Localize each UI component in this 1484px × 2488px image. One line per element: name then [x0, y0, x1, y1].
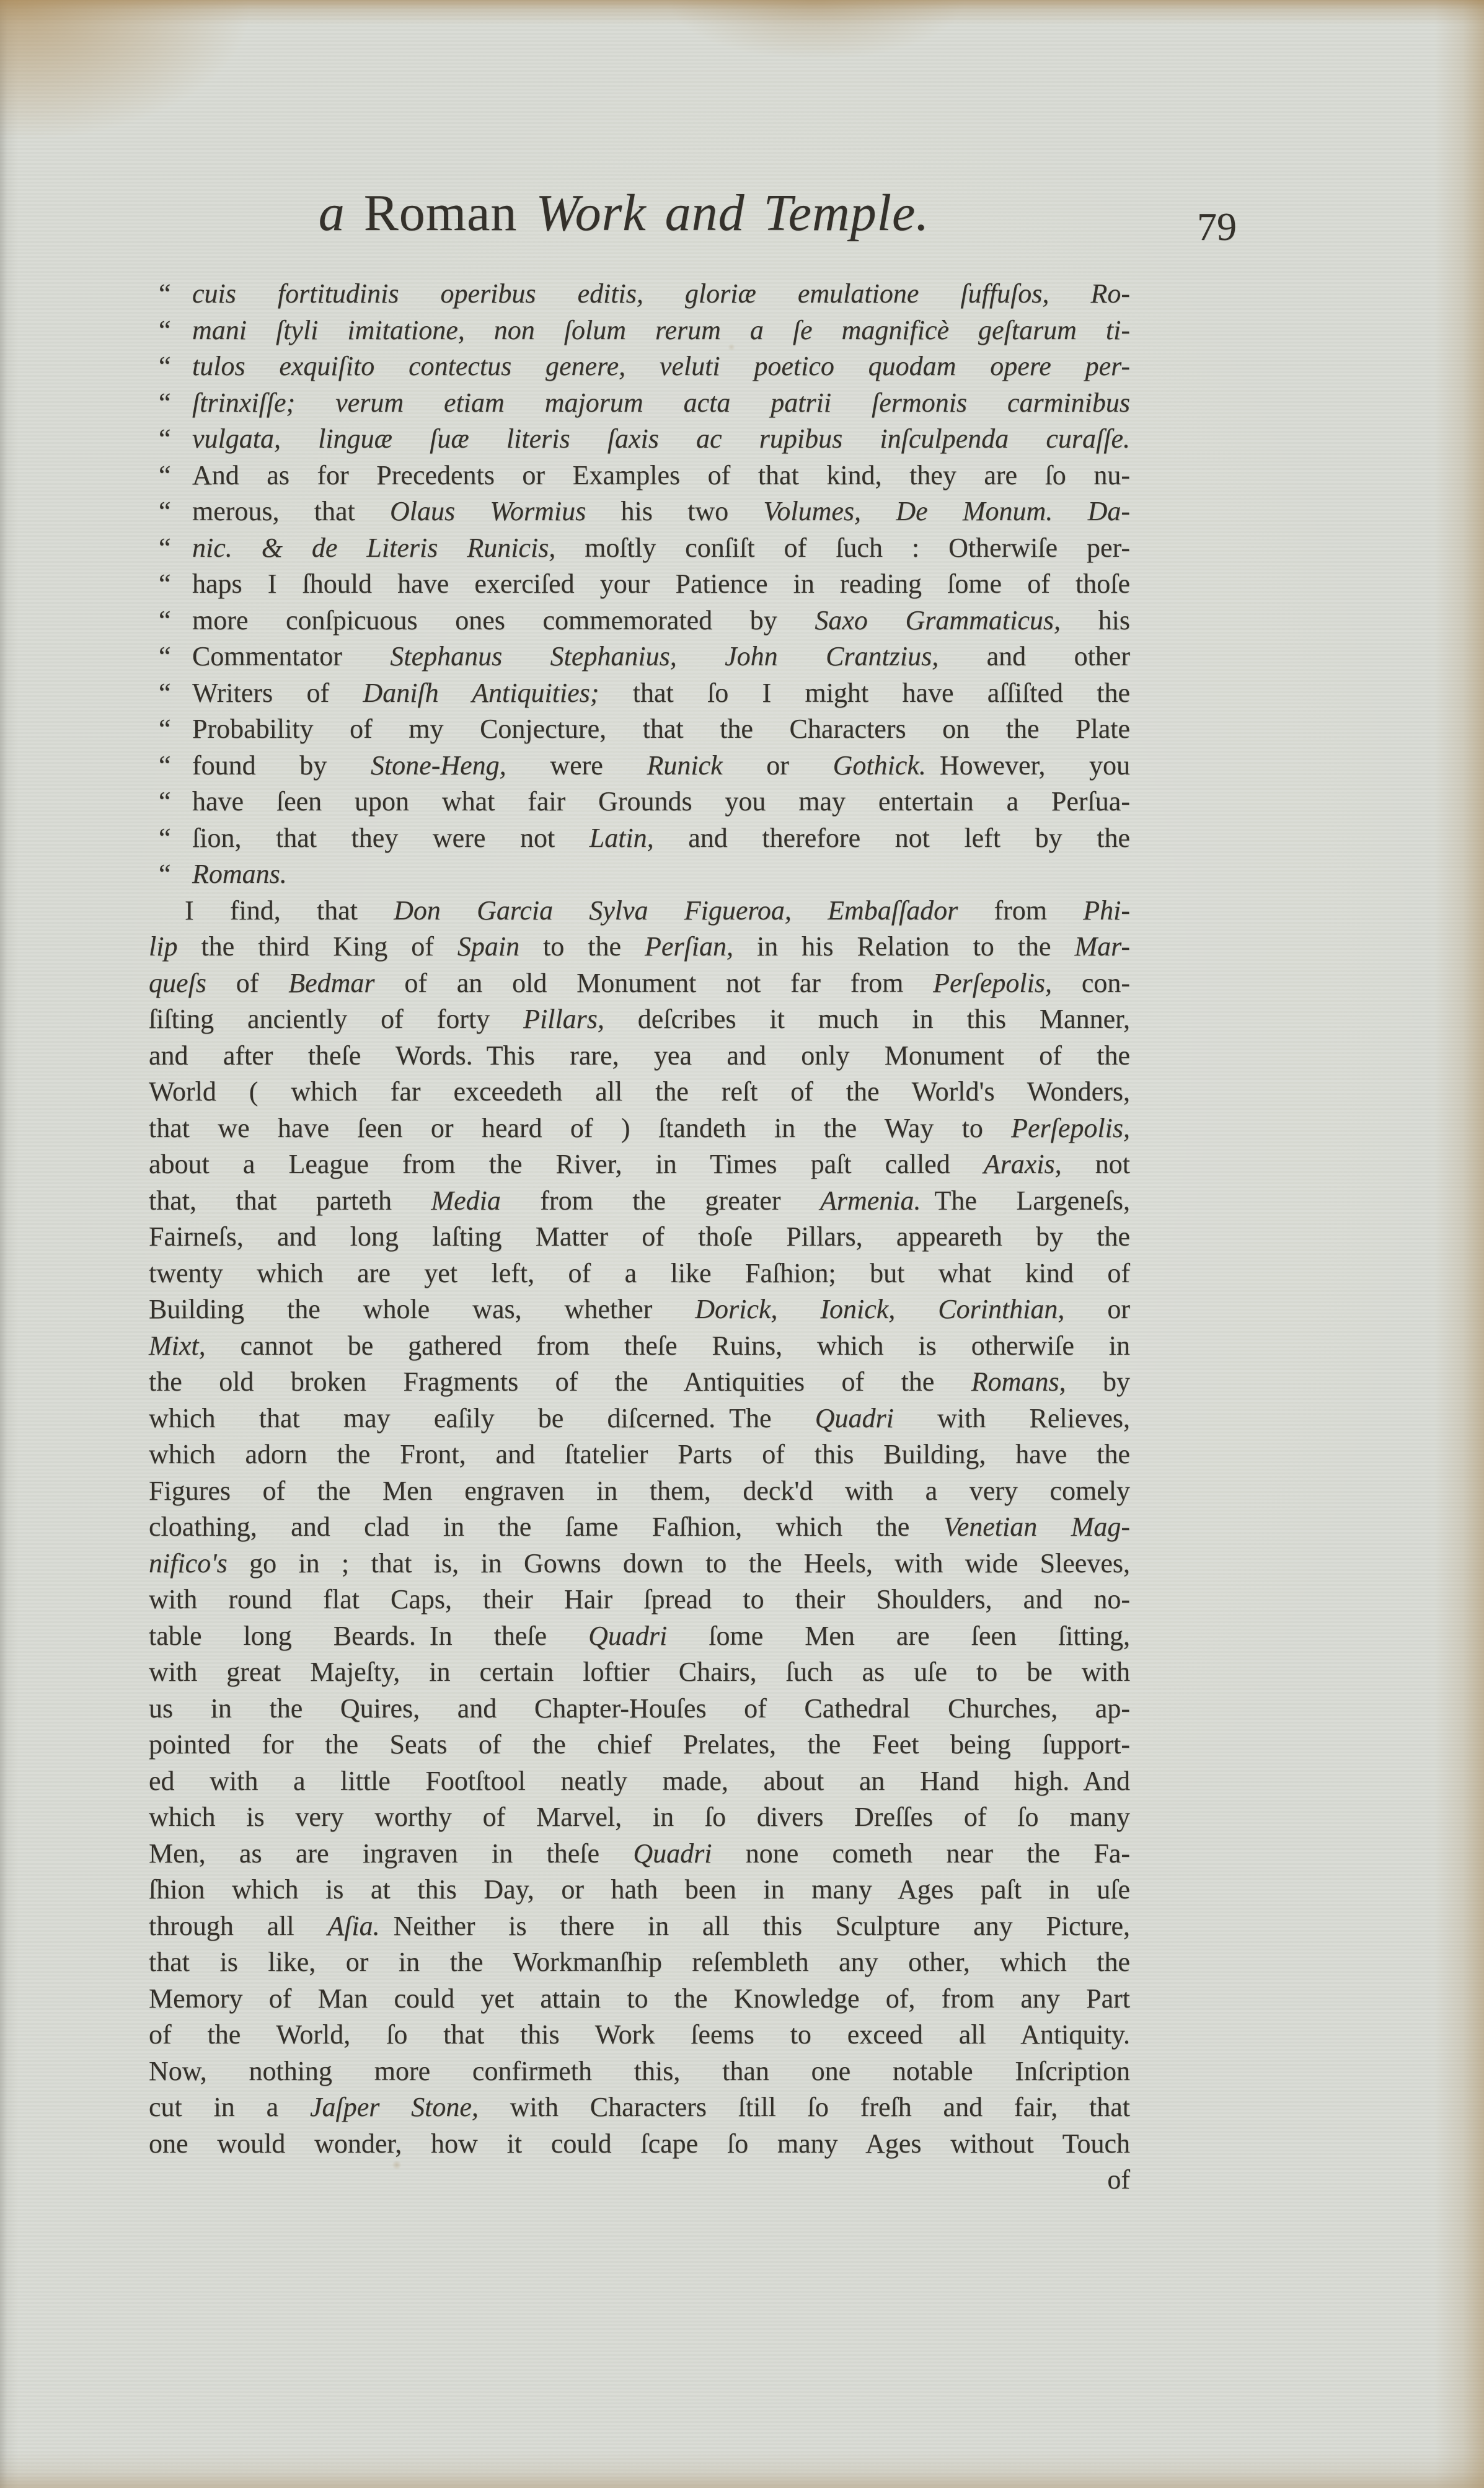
- italic-text-run: Latin,: [590, 823, 689, 853]
- roman-text-run: of an old Monument not far from: [404, 968, 933, 998]
- roman-text-run: Neither is there in all this Sculpture a…: [394, 1911, 1130, 1941]
- italic-text-run: Don Garcia Sylva Figueroa, Embaſſador: [394, 895, 994, 926]
- roman-text-run: table long Beards. In theſe: [149, 1621, 588, 1651]
- roman-text-run: Figures of the Men engraven in them, dec…: [149, 1476, 1130, 1506]
- quote-mark: “: [159, 458, 171, 494]
- roman-text-run: his two: [621, 496, 764, 526]
- text-line: “tulos exquiſito contectus genere, velut…: [149, 348, 1130, 385]
- roman-text-run: of: [236, 968, 288, 998]
- quote-mark: “: [159, 784, 171, 820]
- roman-text-run: one would wonder, how it could ſcape ſo …: [149, 2128, 1130, 2159]
- italic-text-run: Perſepolis,: [933, 968, 1082, 998]
- catchword: of: [149, 2162, 1130, 2198]
- text-line: one would wonder, how it could ſcape ſo …: [149, 2126, 1130, 2163]
- roman-text-run: Now, nothing more confirmeth this, than …: [149, 2056, 1130, 2086]
- quote-mark: “: [159, 675, 171, 712]
- quote-mark: “: [159, 639, 171, 675]
- text-line: with great Majeſty, in certain loftier C…: [149, 1654, 1130, 1691]
- quote-mark: “: [159, 711, 171, 748]
- text-line: ſhion which is at this Day, or hath been…: [149, 1872, 1130, 1908]
- italic-text-run: Quadri: [588, 1621, 709, 1651]
- text-line: twenty which are yet left, of a like Faſ…: [149, 1255, 1130, 1292]
- text-line: that we have ſeen or heard of ) ſtandeth…: [149, 1110, 1130, 1147]
- roman-text-run: World ( which far exceedeth all the reſt…: [149, 1076, 1130, 1107]
- italic-text-run: Quadri: [815, 1403, 937, 1433]
- roman-text-run: Building the whole was, whether: [149, 1294, 695, 1324]
- roman-text-run: cut in a: [149, 2092, 310, 2122]
- roman-text-run: which is very worthy of Marvel, in ſo di…: [149, 1802, 1130, 1832]
- italic-text-run: nic. & de Literis Runicis,: [192, 533, 585, 563]
- text-line: the old broken Fragments of the Antiquit…: [149, 1364, 1130, 1401]
- italic-text-run: Media: [431, 1185, 540, 1216]
- text-line: “ſtrinxiſſe; verum etiam majorum acta pa…: [149, 385, 1130, 422]
- roman-text-run: haps I ſhould have exerciſed your Patien…: [192, 569, 1130, 599]
- italic-text-run: Pillars,: [523, 1004, 638, 1034]
- text-line: through all Aſia. Neither is there in al…: [149, 1908, 1130, 1945]
- roman-text-run: which adorn the Front, and ſtatelier Par…: [149, 1439, 1130, 1469]
- italic-text-run: Romans.: [192, 859, 287, 889]
- text-block: “cuis fortitudinis operibus editis, glor…: [149, 276, 1130, 2162]
- roman-text-run: or: [766, 750, 833, 781]
- roman-text-run: ſhion which is at this Day, or hath been…: [149, 1874, 1130, 1905]
- text-line: Figures of the Men engraven in them, dec…: [149, 1473, 1130, 1510]
- italic-text-run: Jaſper Stone,: [310, 2092, 510, 2122]
- text-line: “cuis fortitudinis operibus editis, glor…: [149, 276, 1130, 312]
- italic-text-run: Phi-: [1083, 895, 1130, 926]
- text-line: about a League from the River, in Times …: [149, 1146, 1130, 1183]
- text-line: Memory of Man could yet attain to the Kn…: [149, 1981, 1130, 2017]
- quote-mark: “: [159, 820, 171, 857]
- italic-text-run: Perſepolis,: [1011, 1113, 1130, 1143]
- text-line: Fairneſs, and long laſting Matter of tho…: [149, 1219, 1130, 1255]
- roman-text-run: that we have ſeen or heard of ) ſtandeth…: [149, 1113, 1011, 1143]
- text-line: ed with a little Footſtool neatly made, …: [149, 1763, 1130, 1800]
- text-line: that is like, or in the Workmanſhip reſe…: [149, 1944, 1130, 1981]
- roman-text-run: Memory of Man could yet attain to the Kn…: [149, 1983, 1130, 2014]
- roman-text-run: to the: [543, 931, 645, 962]
- text-line: table long Beards. In theſe Quadri ſome …: [149, 1618, 1130, 1655]
- roman-text-run: moſtly conſiſt of ſuch : Otherwiſe per-: [585, 533, 1130, 563]
- roman-text-run: And as for Precedents or Examples of tha…: [192, 460, 1130, 490]
- roman-text-run: found by: [192, 750, 371, 781]
- roman-text-run: con-: [1082, 968, 1130, 998]
- quote-mark: “: [159, 348, 171, 385]
- roman-text-run: with great Majeſty, in certain loftier C…: [149, 1657, 1130, 1687]
- roman-text-run: Men, as are ingraven in theſe: [149, 1838, 633, 1869]
- roman-text-run: have ſeen upon what fair Grounds you may…: [192, 786, 1130, 817]
- text-line: “nic. & de Literis Runicis, moſtly conſi…: [149, 530, 1130, 567]
- quote-mark: “: [159, 603, 171, 639]
- roman-text-run: ſiſting anciently of forty: [149, 1004, 523, 1034]
- roman-text-run: and after theſe Words. This rare, yea an…: [149, 1040, 1130, 1071]
- roman-text-run: go in ; that is, in Gowns down to the He…: [249, 1548, 1130, 1578]
- italic-text-run: ſtrinxiſſe; verum etiam majorum acta pat…: [192, 387, 1130, 418]
- italic-text-run: Runick: [647, 750, 766, 781]
- italic-text-run: Armenia.: [820, 1185, 935, 1216]
- italic-text-run: mani ſtyli imitatione, non ſolum rerum a…: [192, 315, 1130, 345]
- roman-text-run: with Relieves,: [937, 1403, 1130, 1433]
- italic-text-run: Daniſh Antiquities;: [363, 678, 632, 708]
- roman-text-run: pointed for the Seats of the chief Prela…: [149, 1729, 1130, 1760]
- quote-mark: “: [159, 530, 171, 567]
- italic-text-run: nifico's: [149, 1548, 249, 1578]
- roman-text-run: with Characters ſtill ſo freſh and fair,…: [510, 2092, 1130, 2122]
- roman-text-run: Roman: [364, 184, 536, 242]
- roman-text-run: through all: [149, 1911, 327, 1941]
- text-line: “found by Stone-Heng, were Runick or Got…: [149, 748, 1130, 784]
- text-line: nifico's go in ; that is, in Gowns down …: [149, 1546, 1130, 1582]
- quote-mark: “: [159, 748, 171, 784]
- italic-text-run: Saxo Grammaticus,: [815, 605, 1098, 635]
- text-line: us in the Quires, and Chapter-Houſes of …: [149, 1691, 1130, 1727]
- italic-text-run: Araxis,: [984, 1149, 1095, 1179]
- roman-text-run: that ſo I might have aſſiſted the: [633, 678, 1130, 708]
- italic-text-run: Stephanus Stephanius, John Crantzius,: [390, 641, 986, 671]
- roman-text-run: of the World, ſo that this Work ſeems to…: [149, 2019, 1130, 2050]
- roman-text-run: Fairneſs, and long laſting Matter of tho…: [149, 1221, 1130, 1252]
- roman-text-run: ed with a little Footſtool neatly made, …: [149, 1766, 1130, 1796]
- text-line: “Romans.: [149, 856, 1130, 893]
- text-line: “more conſpicuous ones commemorated by S…: [149, 603, 1130, 639]
- italic-text-run: Work and Temple.: [536, 184, 929, 242]
- roman-text-run: deſcribes it much in this Manner,: [638, 1004, 1130, 1034]
- italic-text-run: cuis fortitudinis operibus editis, glori…: [192, 278, 1130, 309]
- text-line: “vulgata, linguæ ſuæ literis ſaxis ac ru…: [149, 421, 1130, 458]
- text-line: which is very worthy of Marvel, in ſo di…: [149, 1799, 1130, 1836]
- roman-text-run: ſome Men are ſeen ſitting,: [709, 1621, 1130, 1651]
- roman-text-run: us in the Quires, and Chapter-Houſes of …: [149, 1693, 1130, 1724]
- italic-text-run: tulos exquiſito contectus genere, veluti…: [192, 351, 1130, 381]
- roman-text-run: and therefore not left by the: [688, 823, 1130, 853]
- roman-text-run: with round flat Caps, their Hair ſpread …: [149, 1584, 1130, 1614]
- text-line: with round flat Caps, their Hair ſpread …: [149, 1582, 1130, 1618]
- quote-mark: “: [159, 494, 171, 530]
- italic-text-run: Dorick, Ionick, Corinthian,: [695, 1294, 1107, 1324]
- roman-text-run: from: [994, 895, 1084, 926]
- roman-text-run: not: [1095, 1149, 1130, 1179]
- text-line: ſiſting anciently of forty Pillars, deſc…: [149, 1001, 1130, 1038]
- text-line: Building the whole was, whether Dorick, …: [149, 1291, 1130, 1328]
- roman-text-run: that, that parteth: [149, 1185, 431, 1216]
- italic-text-run: Volumes, De Monum. Da-: [763, 496, 1130, 526]
- roman-text-run: Writers of: [192, 678, 363, 708]
- roman-text-run: The Largeneſs,: [935, 1185, 1131, 1216]
- roman-text-run: Probability of my Conjecture, that the C…: [192, 714, 1130, 744]
- italic-text-run: Mar-: [1074, 931, 1130, 962]
- italic-text-run: Quadri: [633, 1838, 745, 1869]
- roman-text-run: the third King of: [201, 931, 457, 962]
- italic-text-run: vulgata, linguæ ſuæ literis ſaxis ac rup…: [192, 423, 1130, 454]
- quote-mark: “: [159, 312, 171, 349]
- roman-text-run: cannot be gathered from theſe Ruins, whi…: [241, 1330, 1130, 1361]
- roman-text-run: in his Relation to the: [757, 931, 1075, 962]
- italic-text-run: Spain: [457, 931, 543, 962]
- text-line: “Commentator Stephanus Stephanius, John …: [149, 639, 1130, 675]
- text-line: pointed for the Seats of the chief Prela…: [149, 1727, 1130, 1763]
- quote-mark: “: [159, 385, 171, 422]
- text-line: of the World, ſo that this Work ſeems to…: [149, 2017, 1130, 2053]
- text-line: cloathing, and clad in the ſame Faſhion,…: [149, 1509, 1130, 1546]
- roman-text-run: Commentator: [192, 641, 390, 671]
- text-line: Mixt, cannot be gathered from theſe Ruin…: [149, 1328, 1130, 1365]
- text-line: which that may eaſily be diſcerned. The …: [149, 1401, 1130, 1437]
- roman-text-run: merous, that: [192, 496, 390, 526]
- italic-text-run: Aſia.: [327, 1911, 393, 1941]
- roman-text-run: the old broken Fragments of the Antiquit…: [149, 1366, 971, 1397]
- roman-text-run: were: [550, 750, 647, 781]
- text-line: and after theſe Words. This rare, yea an…: [149, 1038, 1130, 1074]
- text-line: “have ſeen upon what fair Grounds you ma…: [149, 784, 1130, 820]
- italic-text-run: lip: [149, 931, 201, 962]
- italic-text-run: a: [319, 184, 364, 242]
- roman-text-run: I find, that: [185, 895, 394, 926]
- text-line: queſs of Bedmar of an old Monument not f…: [149, 965, 1130, 1002]
- roman-text-run: and other: [987, 641, 1130, 671]
- page-number: 79: [1158, 207, 1276, 247]
- roman-text-run: his: [1098, 605, 1130, 635]
- text-line: “And as for Precedents or Examples of th…: [149, 458, 1130, 494]
- book-page-scan: a Roman Work and Temple. 79 “cuis fortit…: [0, 0, 1484, 2488]
- text-line: which adorn the Front, and ſtatelier Par…: [149, 1437, 1130, 1473]
- italic-text-run: Bedmar: [288, 968, 404, 998]
- text-line: cut in a Jaſper Stone, with Characters ſ…: [149, 2089, 1130, 2126]
- roman-text-run: from the greater: [540, 1185, 820, 1216]
- roman-text-run: or: [1107, 1294, 1130, 1324]
- italic-text-run: Perſian,: [645, 931, 757, 962]
- roman-text-run: which that may eaſily be diſcerned. The: [149, 1403, 815, 1433]
- text-line: World ( which far exceedeth all the reſt…: [149, 1074, 1130, 1110]
- text-line: I find, that Don Garcia Sylva Figueroa, …: [149, 893, 1130, 929]
- text-line: Men, as are ingraven in theſe Quadri non…: [149, 1836, 1130, 1872]
- italic-text-run: Venetian Mag-: [943, 1512, 1130, 1542]
- roman-text-run: by: [1103, 1366, 1130, 1397]
- roman-text-run: cloathing, and clad in the ſame Faſhion,…: [149, 1512, 943, 1542]
- text-line: “Writers of Daniſh Antiquities; that ſo …: [149, 675, 1130, 712]
- italic-text-run: Romans,: [971, 1366, 1103, 1397]
- text-line: “Probability of my Conjecture, that the …: [149, 711, 1130, 748]
- quote-mark: “: [159, 566, 171, 603]
- italic-text-run: Olaus Wormius: [390, 496, 621, 526]
- text-line: “mani ſtyli imitatione, non ſolum rerum …: [149, 312, 1130, 349]
- roman-text-run: none cometh near the Fa-: [746, 1838, 1130, 1869]
- roman-text-run: about a League from the River, in Times …: [149, 1149, 984, 1179]
- italic-text-run: queſs: [149, 968, 236, 998]
- text-line: “haps I ſhould have exerciſed your Patie…: [149, 566, 1130, 603]
- italic-text-run: Mixt,: [149, 1330, 241, 1361]
- italic-text-run: Gothick.: [833, 750, 940, 781]
- running-title: a Roman Work and Temple.: [133, 187, 1115, 239]
- roman-text-run: However, you: [940, 750, 1130, 781]
- text-line: “ſion, that they were not Latin, and the…: [149, 820, 1130, 857]
- roman-text-run: more conſpicuous ones commemorated by: [192, 605, 815, 635]
- text-line: Now, nothing more confirmeth this, than …: [149, 2053, 1130, 2090]
- italic-text-run: Stone-Heng,: [371, 750, 550, 781]
- roman-text-run: that is like, or in the Workmanſhip reſe…: [149, 1947, 1130, 1977]
- roman-text-run: ſion, that they were not: [192, 823, 590, 853]
- quote-mark: “: [159, 856, 171, 893]
- text-line: lip the third King of Spain to the Perſi…: [149, 929, 1130, 965]
- roman-text-run: twenty which are yet left, of a like Faſ…: [149, 1258, 1130, 1288]
- quote-mark: “: [159, 276, 171, 312]
- text-line: “merous, that Olaus Wormius his two Volu…: [149, 494, 1130, 530]
- quote-mark: “: [159, 421, 171, 458]
- text-line: that, that parteth Media from the greate…: [149, 1183, 1130, 1220]
